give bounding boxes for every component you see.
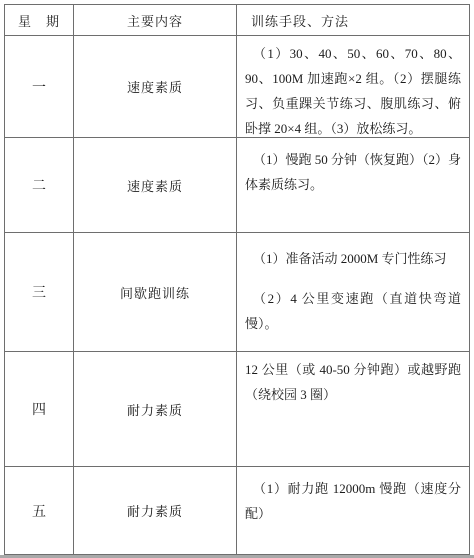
methods-text: （1）慢跑 50 分钟（恢复跑）（2）身体素质练习。 (245, 147, 461, 197)
day-label: 五 (32, 501, 46, 521)
day-cell-1: 一 (5, 36, 74, 138)
content-label: 耐力素质 (127, 501, 183, 520)
header-day: 星 期 (5, 5, 74, 36)
header-day-label: 星 期 (18, 11, 60, 30)
day-cell-3: 三 (5, 233, 74, 352)
day-cell-2: 二 (5, 138, 74, 233)
content-cell-3: 间歇跑训练 (74, 233, 237, 352)
day-label: 三 (32, 282, 46, 302)
methods-text: 12 公里（或 40-50 分钟跑）或越野跑（绕校园 3 圈） (245, 357, 461, 407)
content-cell-2: 速度素质 (74, 138, 237, 233)
methods-text: （2）4 公里变速跑（直道快弯道慢）。 (245, 286, 461, 336)
header-methods-label: 训练手段、方法 (251, 11, 349, 30)
content-label: 耐力素质 (127, 400, 183, 419)
methods-cell-1: （1）30、40、50、60、70、80、90、100M 加速跑×2 组。（2）… (237, 36, 469, 138)
methods-cell-5: （1）耐力跑 12000m 慢跑（速度分配） (237, 467, 469, 554)
training-schedule-table: 星 期 主要内容 训练手段、方法 一 速度素质 （1）30、40、50、60、7… (4, 4, 470, 555)
methods-cell-4: 12 公里（或 40-50 分钟跑）或越野跑（绕校园 3 圈） (237, 352, 469, 467)
content-label: 间歇跑训练 (120, 283, 190, 302)
content-cell-1: 速度素质 (74, 36, 237, 138)
header-content-label: 主要内容 (127, 11, 183, 30)
day-label: 二 (32, 175, 46, 195)
methods-cell-3: （1）准备活动 2000M 专门性练习 （2）4 公里变速跑（直道快弯道慢）。 … (237, 233, 469, 352)
methods-text: （1）30、40、50、60、70、80、90、100M 加速跑×2 组。（2）… (245, 41, 461, 138)
day-cell-5: 五 (5, 467, 74, 554)
methods-cell-2: （1）慢跑 50 分钟（恢复跑）（2）身体素质练习。 (237, 138, 469, 233)
day-label: 一 (32, 77, 46, 97)
content-label: 速度素质 (127, 176, 183, 195)
day-label: 四 (32, 399, 46, 419)
document-page: 星 期 主要内容 训练手段、方法 一 速度素质 （1）30、40、50、60、7… (0, 0, 474, 558)
day-cell-4: 四 (5, 352, 74, 467)
content-label: 速度素质 (127, 77, 183, 96)
content-cell-4: 耐力素质 (74, 352, 237, 467)
header-content: 主要内容 (74, 5, 237, 36)
methods-text: （1）准备活动 2000M 专门性练习 (245, 246, 461, 271)
header-methods: 训练手段、方法 (237, 5, 469, 36)
content-cell-5: 耐力素质 (74, 467, 237, 554)
methods-text: （1）耐力跑 12000m 慢跑（速度分配） (245, 476, 461, 526)
